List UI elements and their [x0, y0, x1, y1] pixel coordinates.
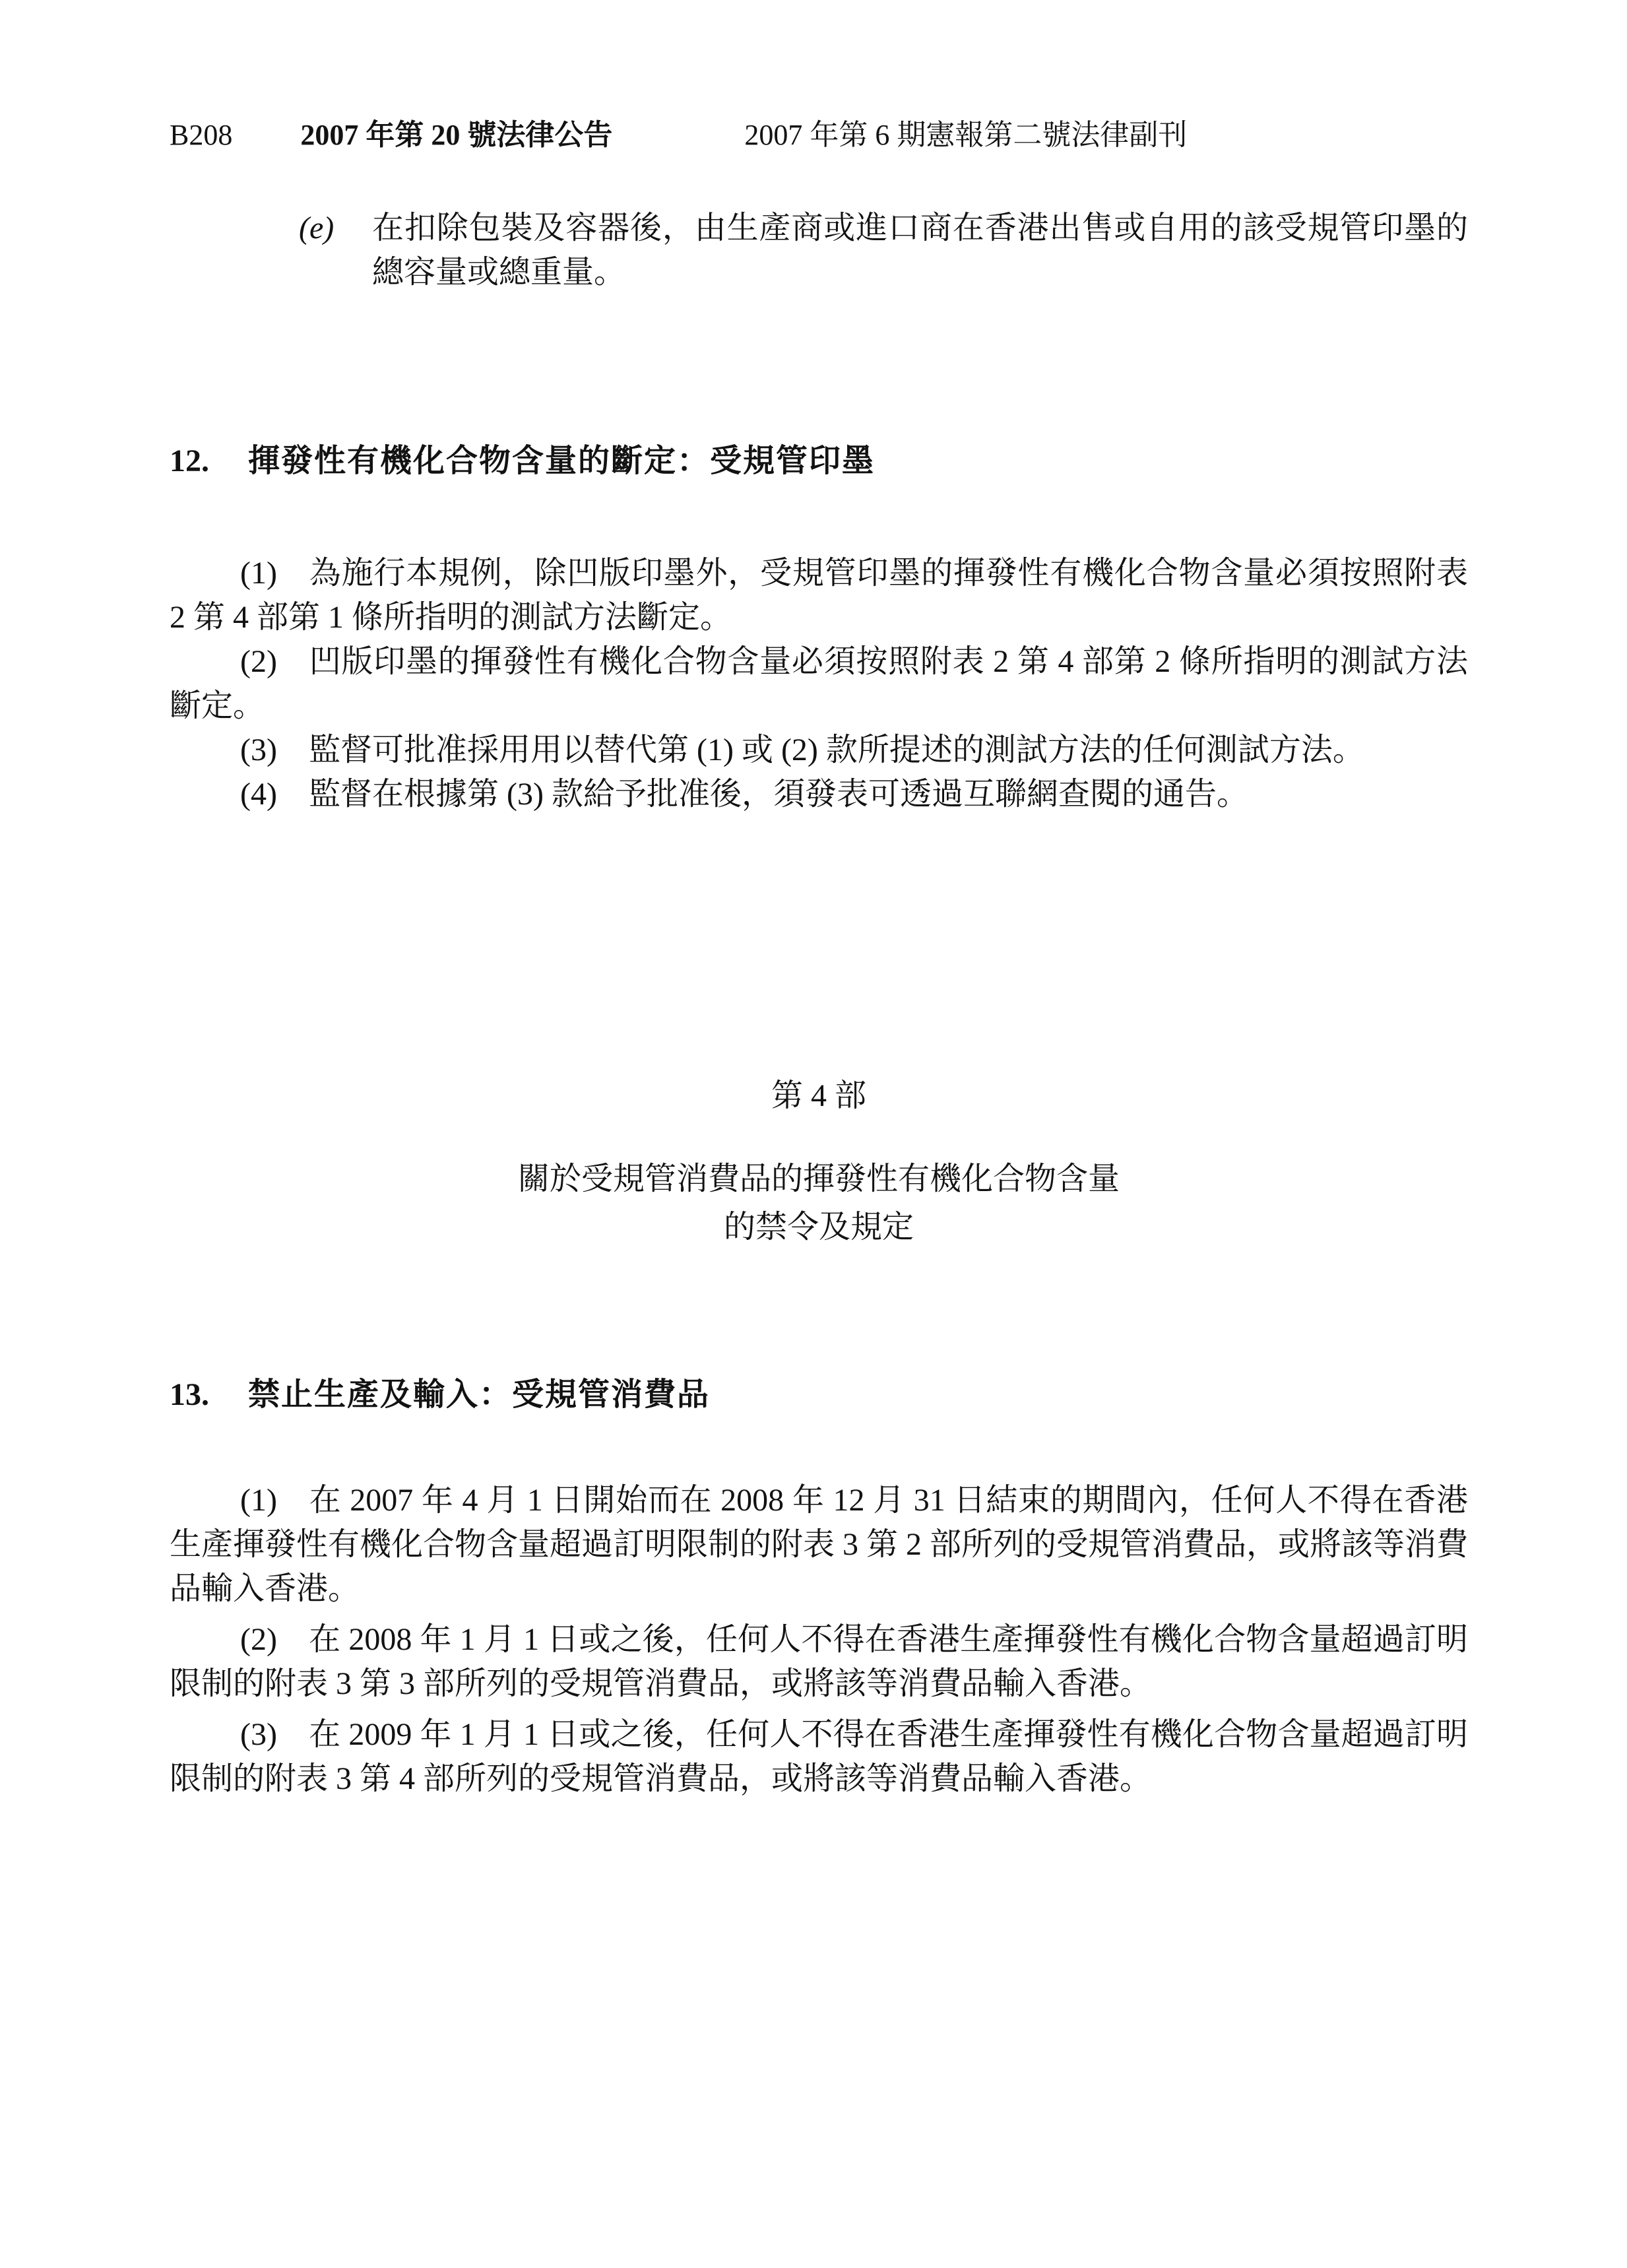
paragraph-text: 在 2007 年 4 月 1 日開始而在 2008 年 12 月 31 日結束的… — [170, 1483, 1468, 1606]
paragraph: (2)凹版印墨的揮發性有機化合物含量必須按照附表 2 第 4 部第 2 條所指明… — [170, 639, 1468, 728]
list-item-e-label: (e) — [299, 206, 334, 250]
paragraph-label: (2) — [240, 644, 277, 679]
paragraph-text: 在 2008 年 1 月 1 日或之後，任何人不得在香港生產揮發性有機化合物含量… — [170, 1622, 1468, 1701]
part-4-subtitle: 關於受規管消費品的揮發性有機化合物含量 的禁令及規定 — [170, 1155, 1468, 1251]
section-13-title: 禁止生產及輸入：受規管消費品 — [248, 1377, 710, 1412]
section-13-number: 13. — [170, 1373, 240, 1417]
gazette-page: B208 2007 年第 20 號法律公告 2007 年第 6 期憲報第二號法律… — [0, 0, 1627, 2268]
page-number: B208 — [170, 115, 232, 155]
paragraph-label: (1) — [240, 1483, 277, 1518]
section-13-heading: 13. 禁止生產及輸入：受規管消費品 — [170, 1373, 1468, 1417]
page-header: B208 2007 年第 20 號法律公告 2007 年第 6 期憲報第二號法律… — [170, 115, 1468, 155]
paragraph: (2)在 2008 年 1 月 1 日或之後，任何人不得在香港生產揮發性有機化合… — [170, 1617, 1468, 1706]
part-4-subtitle-line-2: 的禁令及規定 — [170, 1203, 1468, 1251]
section-12-heading: 12. 揮發性有機化合物含量的斷定：受規管印墨 — [170, 439, 1468, 483]
paragraph-label: (1) — [240, 556, 277, 591]
part-4-subtitle-line-1: 關於受規管消費品的揮發性有機化合物含量 — [170, 1155, 1468, 1203]
gazette-notice-title: 2007 年第 20 號法律公告 — [300, 115, 612, 155]
paragraph-label: (3) — [240, 732, 277, 767]
paragraph-label: (2) — [240, 1622, 277, 1657]
paragraph: (4)監督在根據第 (3) 款給予批准後，須發表可透過互聯網查閱的通告。 — [170, 772, 1468, 816]
section-13-paragraphs: (1)在 2007 年 4 月 1 日開始而在 2008 年 12 月 31 日… — [170, 1478, 1468, 1801]
paragraph: (3)監督可批准採用用以替代第 (1) 或 (2) 款所提述的測試方法的任何測試… — [170, 728, 1468, 772]
paragraph: (1)在 2007 年 4 月 1 日開始而在 2008 年 12 月 31 日… — [170, 1478, 1468, 1611]
page-content: B208 2007 年第 20 號法律公告 2007 年第 6 期憲報第二號法律… — [170, 0, 1468, 1801]
paragraph-text: 凹版印墨的揮發性有機化合物含量必須按照附表 2 第 4 部第 2 條所指明的測試… — [170, 644, 1468, 723]
paragraph: (3)在 2009 年 1 月 1 日或之後，任何人不得在香港生產揮發性有機化合… — [170, 1712, 1468, 1801]
list-item-e-text: 在扣除包裝及容器後，由生產商或進口商在香港出售或自用的該受規管印墨的總容量或總重… — [372, 211, 1468, 290]
section-12-title: 揮發性有機化合物含量的斷定：受規管印墨 — [248, 443, 875, 478]
paragraph-text: 監督可批准採用用以替代第 (1) 或 (2) 款所提述的測試方法的任何測試方法。 — [309, 732, 1364, 767]
paragraph-text: 監督在根據第 (3) 款給予批准後，須發表可透過互聯網查閱的通告。 — [309, 777, 1248, 812]
paragraph-label: (3) — [240, 1717, 277, 1752]
section-12-number: 12. — [170, 439, 240, 483]
gazette-issue-title: 2007 年第 6 期憲報第二號法律副刊 — [744, 115, 1187, 155]
list-item-e: (e) 在扣除包裝及容器後，由生產商或進口商在香港出售或自用的該受規管印墨的總容… — [170, 206, 1468, 294]
paragraph-label: (4) — [240, 777, 277, 812]
part-4-title: 第 4 部 — [170, 1074, 1468, 1118]
section-12-paragraphs: (1)為施行本規例，除凹版印墨外，受規管印墨的揮發性有機化合物含量必須按照附表 … — [170, 551, 1468, 816]
paragraph: (1)為施行本規例，除凹版印墨外，受規管印墨的揮發性有機化合物含量必須按照附表 … — [170, 551, 1468, 639]
paragraph-text: 為施行本規例，除凹版印墨外，受規管印墨的揮發性有機化合物含量必須按照附表 2 第… — [170, 556, 1468, 635]
paragraph-text: 在 2009 年 1 月 1 日或之後，任何人不得在香港生產揮發性有機化合物含量… — [170, 1717, 1468, 1796]
